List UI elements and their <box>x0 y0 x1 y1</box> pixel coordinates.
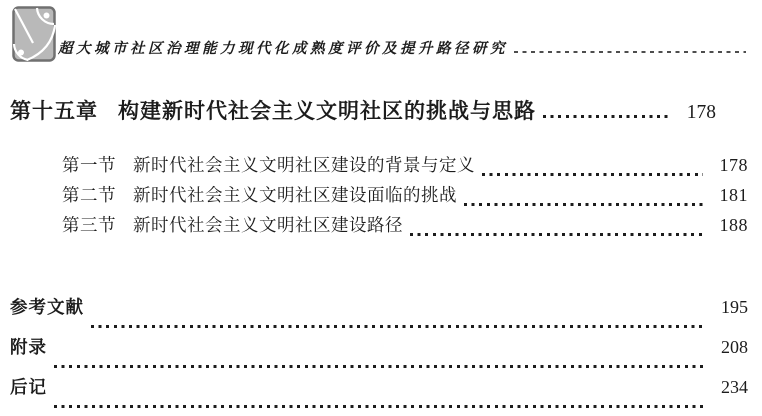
dot-leader <box>543 115 671 118</box>
toc-entry-chapter: 第十五章 构建新时代社会主义文明社区的挑战与思路 178 <box>10 95 748 125</box>
book-logo-icon <box>12 6 56 62</box>
backmatter-list: 参考文献 195 附录 208 后记 234 <box>10 294 748 414</box>
section-number: 第三节 <box>62 212 116 237</box>
chapter-page-number: 178 <box>680 102 716 124</box>
section-title: 新时代社会主义文明社区建设面临的挑战 <box>133 182 457 207</box>
dot-leader <box>410 233 703 236</box>
toc-entry-postscript: 后记 234 <box>10 374 748 414</box>
running-title: 超大城市社区治理能力现代化成熟度评价及提升路径研究 <box>58 37 508 58</box>
backmatter-title: 后记 <box>10 374 47 399</box>
toc-page: 超大城市社区治理能力现代化成熟度评价及提升路径研究 第十五章 构建新时代社会主义… <box>0 0 762 416</box>
section-list: 第一节 新时代社会主义文明社区建设的背景与定义 178 第二节 新时代社会主义文… <box>62 152 748 242</box>
toc-entry-appendix: 附录 208 <box>10 334 748 374</box>
chapter-title: 构建新时代社会主义文明社区的挑战与思路 <box>118 95 536 125</box>
dot-leader <box>482 173 703 176</box>
toc-entry-references: 参考文献 195 <box>10 294 748 334</box>
dot-leader <box>54 365 703 368</box>
backmatter-page-number: 234 <box>712 377 748 398</box>
running-head: 超大城市社区治理能力现代化成熟度评价及提升路径研究 <box>10 0 748 62</box>
backmatter-page-number: 208 <box>712 337 748 358</box>
section-title: 新时代社会主义文明社区建设路径 <box>133 212 403 237</box>
section-number: 第一节 <box>62 152 116 177</box>
chapter-number: 第十五章 <box>10 95 98 125</box>
backmatter-title: 参考文献 <box>10 294 84 319</box>
toc-entry-section-2: 第二节 新时代社会主义文明社区建设面临的挑战 181 <box>62 182 748 212</box>
backmatter-title: 附录 <box>10 334 47 359</box>
toc-entry-section-3: 第三节 新时代社会主义文明社区建设路径 188 <box>62 212 748 242</box>
header-dash-leader <box>514 51 746 53</box>
dot-leader <box>91 325 703 328</box>
backmatter-page-number: 195 <box>712 297 748 318</box>
toc-entry-section-1: 第一节 新时代社会主义文明社区建设的背景与定义 178 <box>62 152 748 182</box>
dot-leader <box>464 203 703 206</box>
section-page-number: 178 <box>712 155 748 176</box>
dot-leader <box>54 405 703 408</box>
section-title: 新时代社会主义文明社区建设的背景与定义 <box>133 152 475 177</box>
section-number: 第二节 <box>62 182 116 207</box>
section-page-number: 188 <box>712 215 748 236</box>
section-page-number: 181 <box>712 185 748 206</box>
